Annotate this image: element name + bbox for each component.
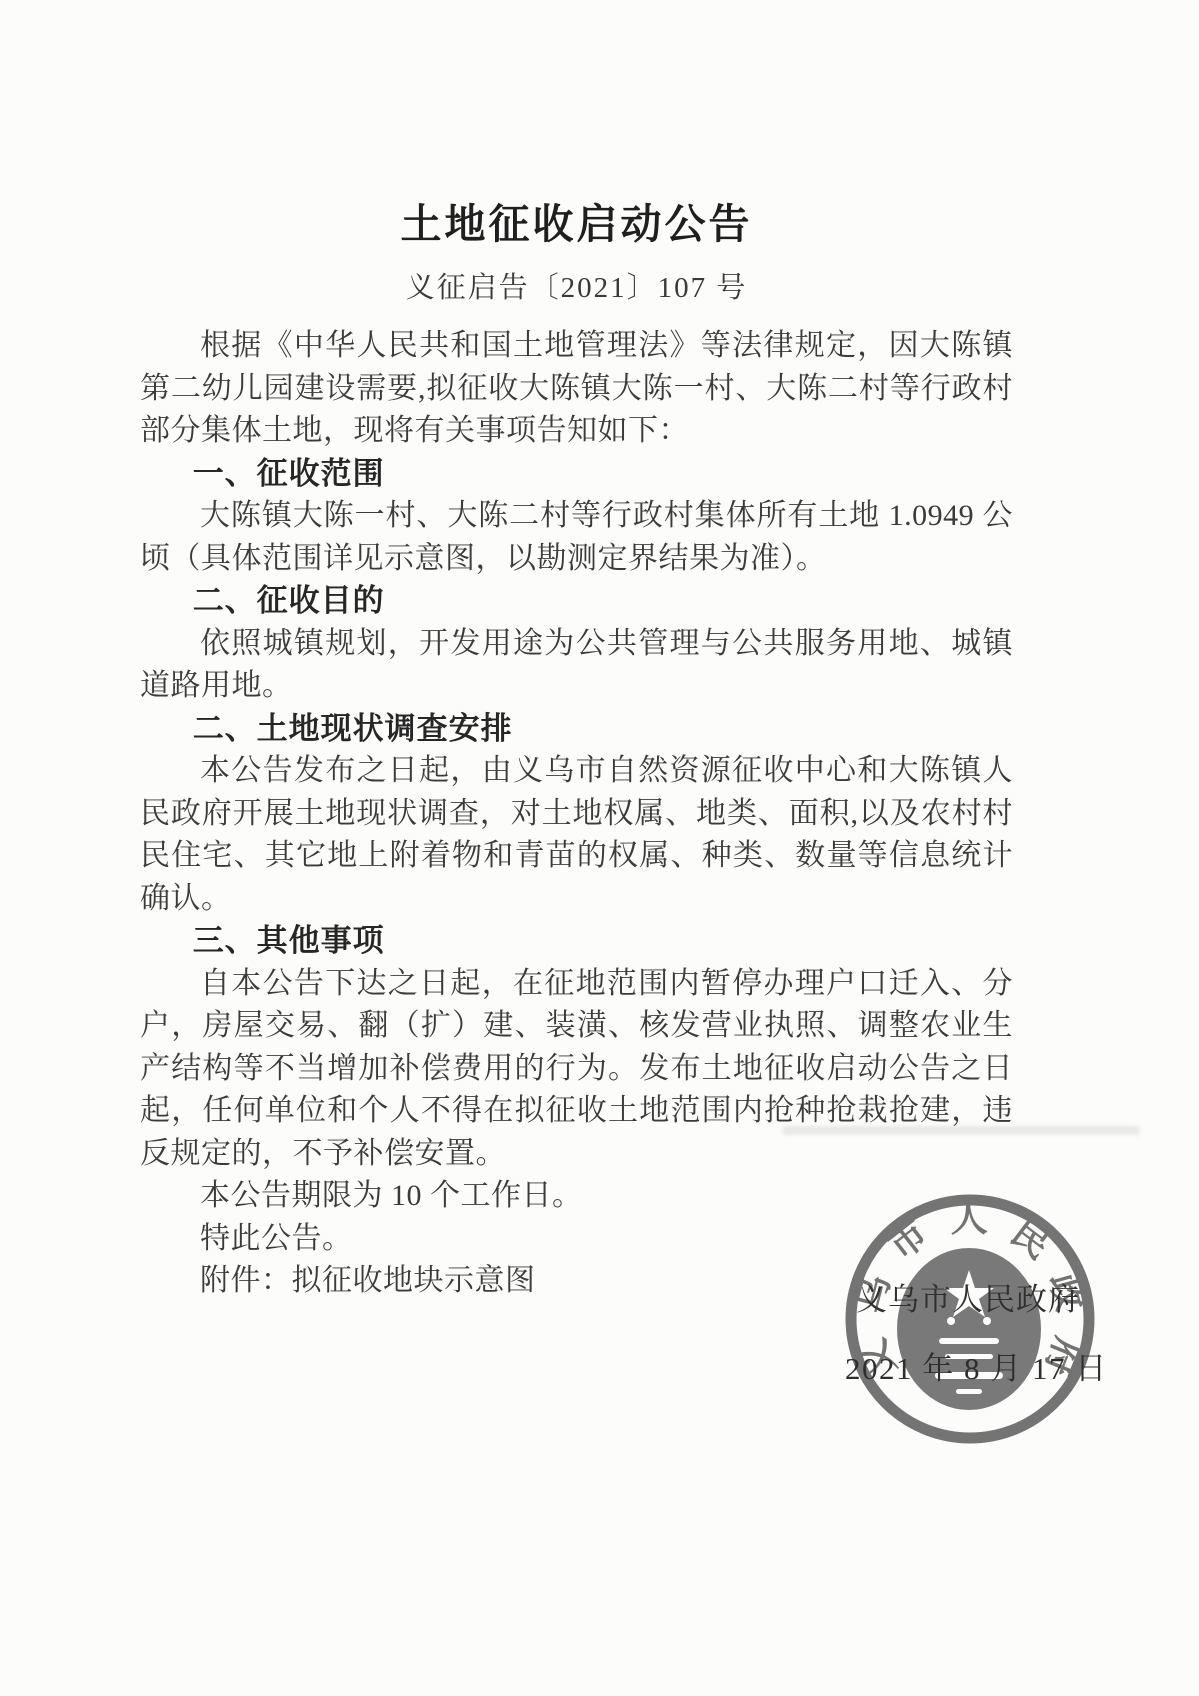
section-heading-survey: 二、土地现状调查安排 (140, 708, 1013, 751)
issue-date: 2021 年 8 月 17 日 (845, 1351, 1108, 1387)
scan-artifact (782, 1126, 1140, 1135)
page-title: 土地征收启动公告 (140, 200, 1013, 248)
notice-content: 土地征收启动公告 义征启告〔2021〕107 号 根据《中华人民共和国土地管理法… (140, 200, 1013, 1303)
section-body-purpose: 依照城镇规划，开发用途为公共管理与公共服务用地、城镇道路用地。 (140, 623, 1013, 708)
section-heading-other: 三、其他事项 (140, 920, 1013, 963)
issuer-signature: 义乌市人民政府 (856, 1282, 1080, 1318)
section-body-scope: 大陈镇大陈一村、大陈二村等行政村集体所有土地 1.0949 公顷（具体范围详见示… (140, 495, 1013, 580)
scanned-notice-page: 土地征收启动公告 义征启告〔2021〕107 号 根据《中华人民共和国土地管理法… (0, 0, 1199, 1696)
document-number: 义征启告〔2021〕107 号 (140, 272, 1013, 305)
section-body-other: 自本公告下达之日起，在征地范围内暂停办理户口迁入、分户，房屋交易、翻（扩）建、装… (140, 963, 1013, 1176)
section-body-survey: 本公告发布之日起，由义乌市自然资源征收中心和大陈镇人民政府开展土地现状调查，对土… (140, 750, 1013, 920)
section-heading-purpose: 二、征收目的 (140, 580, 1013, 623)
government-seal: 义乌市人民政府 (838, 1186, 1102, 1456)
section-heading-scope: 一、征收范围 (140, 453, 1013, 496)
intro-paragraph: 根据《中华人民共和国土地管理法》等法律规定，因大陈镇第二幼儿园建设需要,拟征收大… (140, 325, 1013, 453)
